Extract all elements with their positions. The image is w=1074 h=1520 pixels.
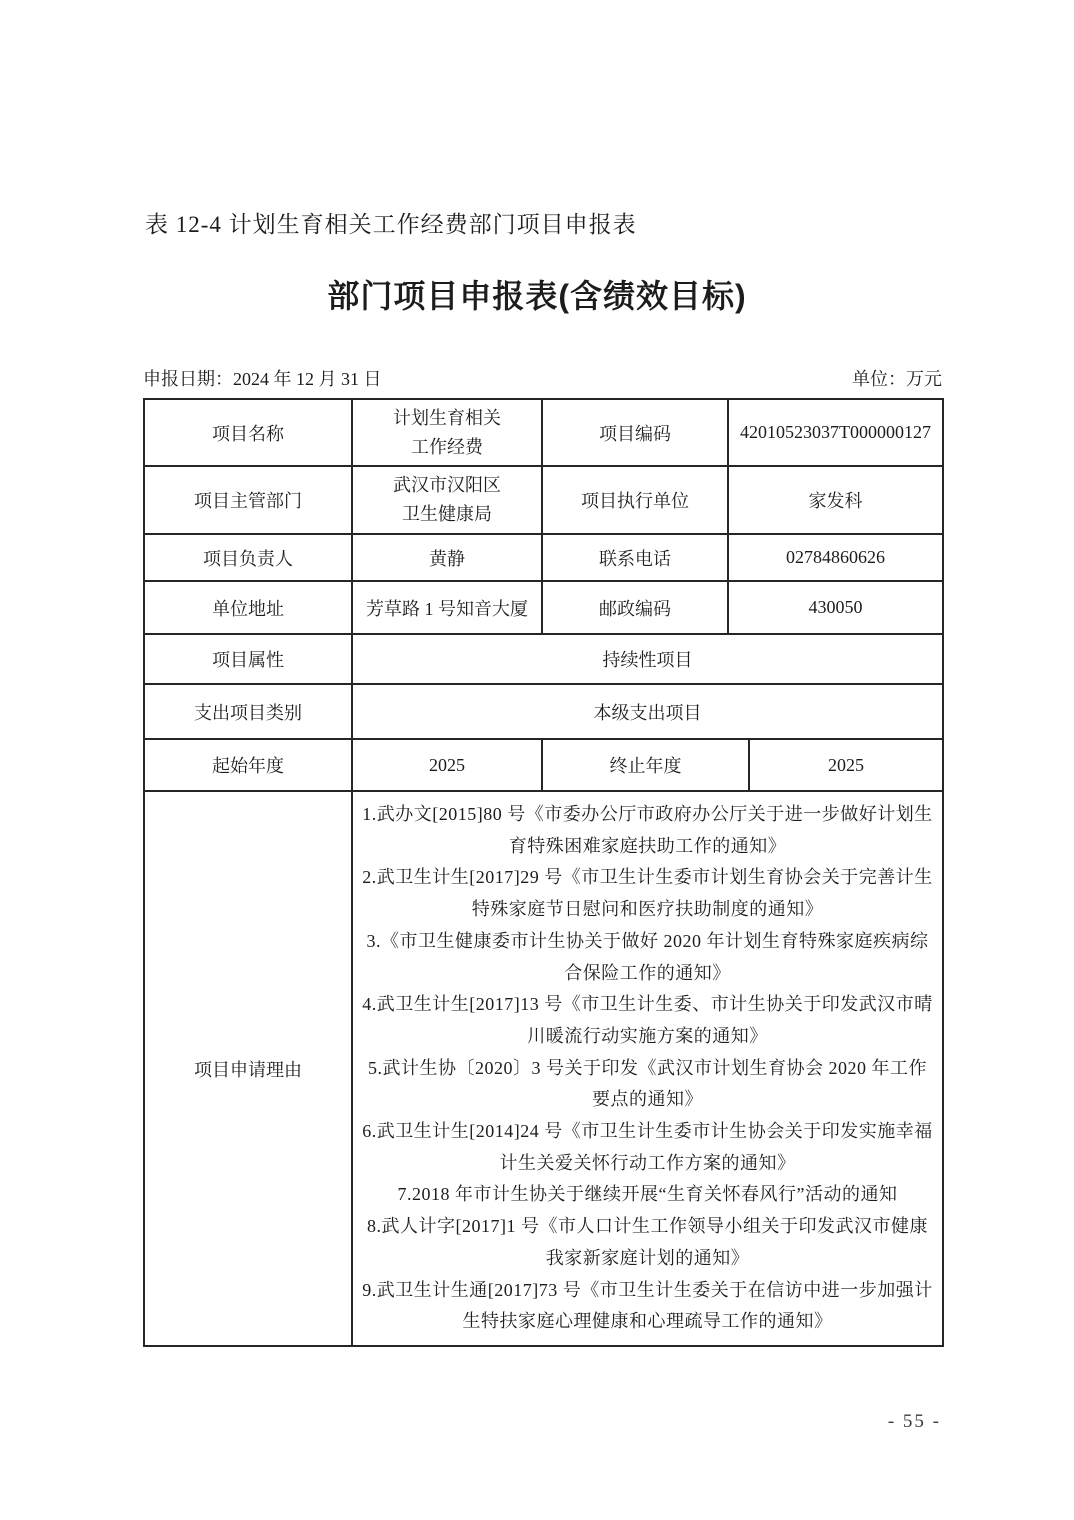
table-row: 项目属性 持续性项目 (144, 634, 943, 684)
declare-date: 申报日期：2024 年 12 月 31 日 (143, 365, 382, 391)
address-value: 芳草路 1 号知音大厦 (352, 581, 542, 634)
table-row: 单位地址 芳草路 1 号知音大厦 邮政编码 430050 (144, 581, 943, 634)
postcode-label: 邮政编码 (542, 581, 728, 634)
exec-unit-label: 项目执行单位 (542, 466, 728, 534)
table-caption: 表 12-4 计划生育相关工作经费部门项目申报表 (145, 206, 637, 239)
project-name-line2: 工作经费 (359, 433, 535, 462)
reason-item-5: 5.武计生协〔2020〕3 号关于印发《武汉市计划生育协会 2020 年工作要点… (359, 1053, 936, 1116)
reason-item-6: 6.武卫生计生[2014]24 号《市卫生计生委市计生协会关于印发实施幸福计生关… (359, 1116, 936, 1179)
table-row: 项目主管部门 武汉市汉阳区 卫生健康局 项目执行单位 家发科 (144, 466, 943, 534)
project-name-value: 计划生育相关 工作经费 (352, 399, 542, 466)
application-form-table: 项目名称 计划生育相关 工作经费 项目编码 42010523037T000000… (143, 398, 944, 1347)
phone-value: 02784860626 (728, 534, 943, 581)
reason-item-7: 7.2018 年市计生协关于继续开展“生育关怀春风行”活动的通知 (359, 1179, 936, 1211)
phone-label: 联系电话 (542, 534, 728, 581)
reason-item-4: 4.武卫生计生[2017]13 号《市卫生计生委、市计生协关于印发武汉市晴川暖流… (359, 989, 936, 1052)
end-year-label: 终止年度 (542, 739, 749, 791)
end-year-value: 2025 (749, 739, 943, 791)
meta-row: 申报日期：2024 年 12 月 31 日 单位：万元 (143, 365, 942, 391)
reason-item-8: 8.武人计字[2017]1 号《市人口计生工作领导小组关于印发武汉市健康我家新家… (359, 1211, 936, 1274)
attribute-label: 项目属性 (144, 634, 352, 684)
leader-value: 黄静 (352, 534, 542, 581)
table-row: 项目申请理由 1.武办文[2015]80 号《市委办公厅市政府办公厅关于进一步做… (144, 791, 943, 1346)
project-code-label: 项目编码 (542, 399, 728, 466)
dept-value: 武汉市汉阳区 卫生健康局 (352, 466, 542, 534)
leader-label: 项目负责人 (144, 534, 352, 581)
table-row: 起始年度 2025 终止年度 2025 (144, 739, 943, 791)
project-name-line1: 计划生育相关 (359, 404, 535, 433)
reason-item-2: 2.武卫生计生[2017]29 号《市卫生计生委市计划生育协会关于完善计生特殊家… (359, 862, 936, 925)
reason-item-9: 9.武卫生计生通[2017]73 号《市卫生计生委关于在信访中进一步加强计生特扶… (359, 1275, 936, 1338)
attribute-value: 持续性项目 (352, 634, 943, 684)
project-code-value: 42010523037T000000127 (728, 399, 943, 466)
category-value: 本级支出项目 (352, 684, 943, 739)
form-title: 部门项目申报表(含绩效目标) (0, 271, 1074, 317)
table-row: 项目负责人 黄静 联系电话 02784860626 (144, 534, 943, 581)
reason-item-3: 3.《市卫生健康委市计生协关于做好 2020 年计划生育特殊家庭疾病综合保险工作… (359, 926, 936, 989)
dept-value-line2: 卫生健康局 (359, 500, 535, 529)
dept-label: 项目主管部门 (144, 466, 352, 534)
postcode-value: 430050 (728, 581, 943, 634)
page-number: - 55 - (888, 1411, 941, 1433)
exec-unit-value: 家发科 (728, 466, 943, 534)
reason-label: 项目申请理由 (144, 791, 352, 1346)
project-name-label: 项目名称 (144, 399, 352, 466)
category-label: 支出项目类别 (144, 684, 352, 739)
table-row: 项目名称 计划生育相关 工作经费 项目编码 42010523037T000000… (144, 399, 943, 466)
start-year-label: 起始年度 (144, 739, 352, 791)
reason-content: 1.武办文[2015]80 号《市委办公厅市政府办公厅关于进一步做好计划生育特殊… (352, 791, 943, 1346)
unit-label: 单位：万元 (852, 365, 942, 391)
dept-value-line1: 武汉市汉阳区 (359, 471, 535, 500)
table-row: 支出项目类别 本级支出项目 (144, 684, 943, 739)
start-year-value: 2025 (352, 739, 542, 791)
address-label: 单位地址 (144, 581, 352, 634)
reason-item-1: 1.武办文[2015]80 号《市委办公厅市政府办公厅关于进一步做好计划生育特殊… (359, 799, 936, 862)
